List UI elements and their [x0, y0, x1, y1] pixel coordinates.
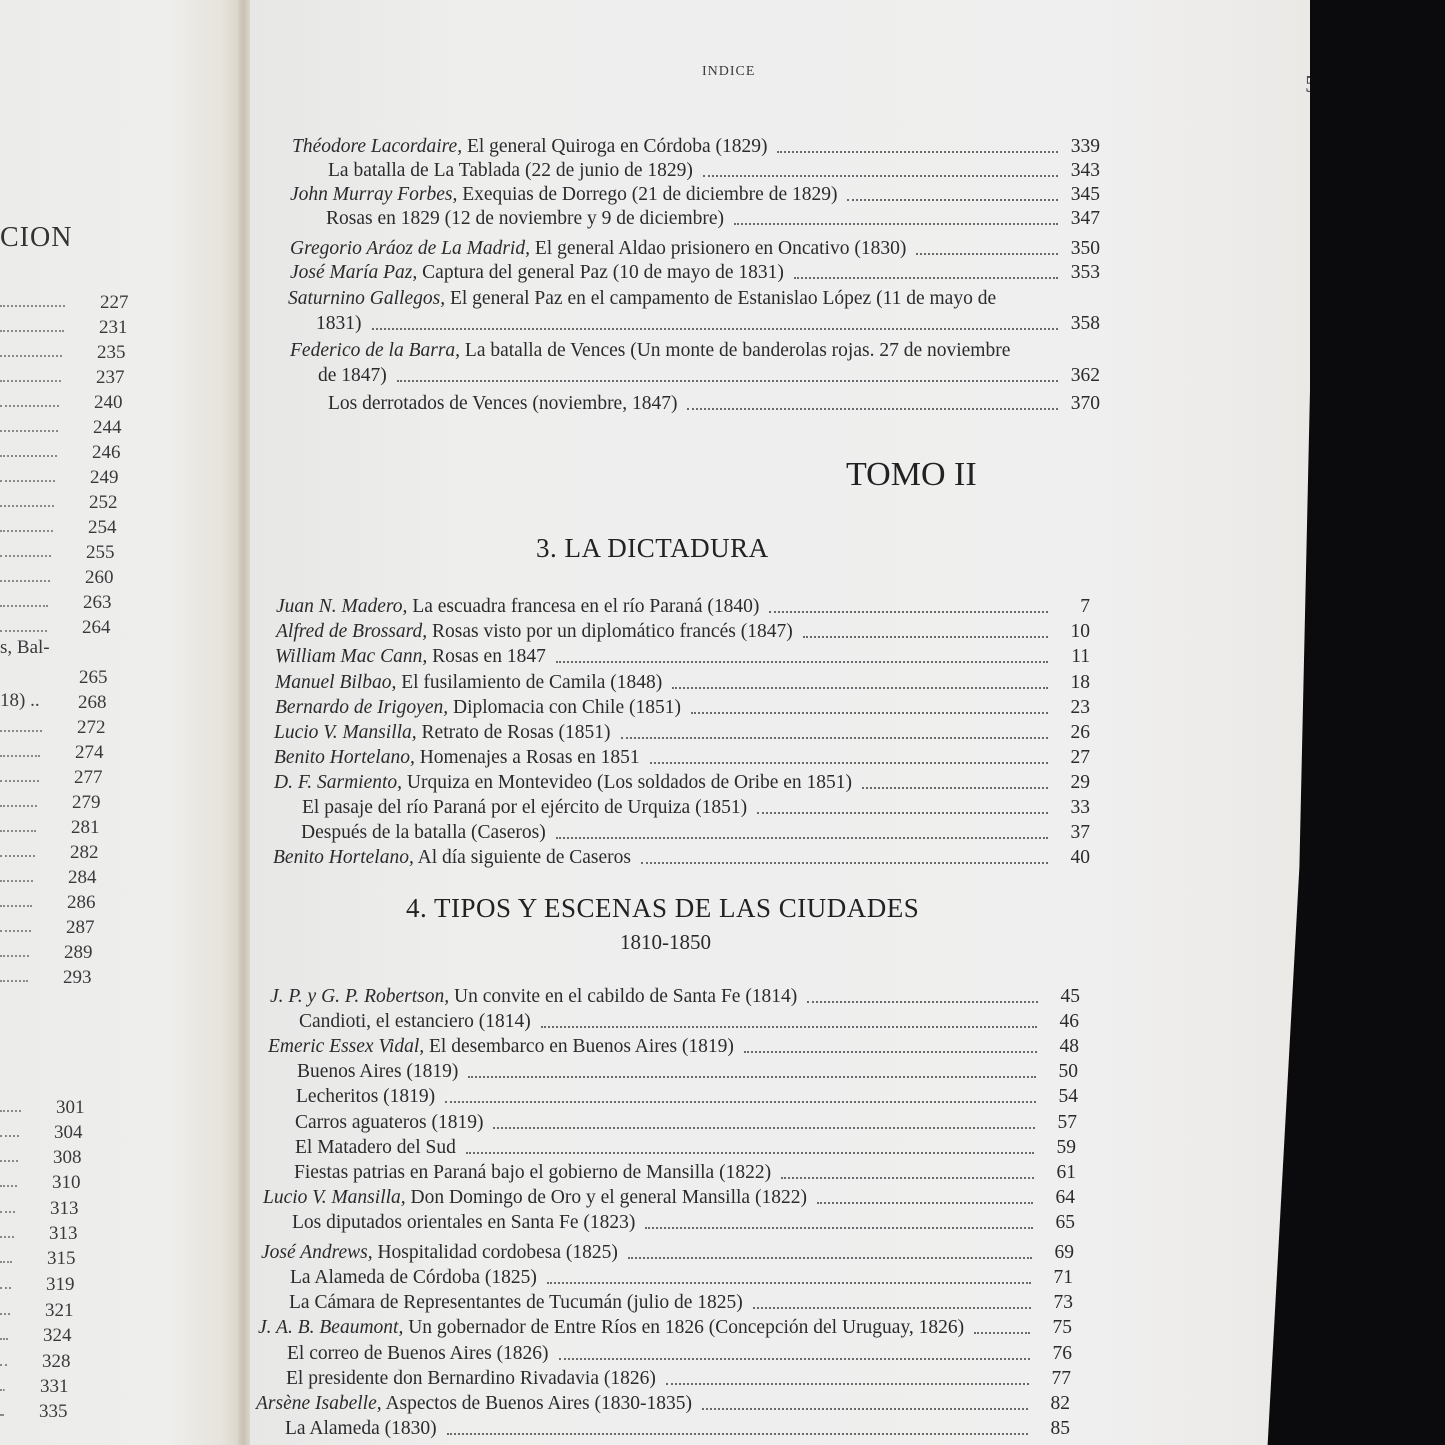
page-ref: 254: [88, 517, 117, 539]
entry-page-ref: 27: [1050, 747, 1090, 769]
page-ref: 264: [82, 617, 111, 639]
dot-leader: [0, 580, 50, 582]
dot-leader: [547, 1282, 1031, 1284]
entry-page-ref: 82: [1030, 1393, 1070, 1415]
entry-page-ref: 76: [1032, 1343, 1072, 1365]
entry-text: Juan N. Madero, La escuadra francesa en …: [276, 596, 759, 618]
entry-text: El correo de Buenos Aires (1826): [287, 1343, 549, 1365]
left-index-row: 252: [0, 492, 124, 516]
left-index-row: 240: [0, 392, 129, 416]
dot-leader: [691, 712, 1048, 714]
entry-title: La Alameda (1830): [285, 1418, 437, 1439]
dot-leader: [556, 837, 1048, 839]
dot-leader: [807, 1001, 1038, 1003]
entry-text: José Andrews, Hospitalidad cordobesa (18…: [261, 1242, 618, 1264]
text-fragment: 18) ..: [0, 690, 40, 712]
left-index-row: 246: [0, 442, 127, 466]
index-entry: José Andrews, Hospitalidad cordobesa (18…: [261, 1242, 1084, 1266]
entry-page-ref: 59: [1036, 1137, 1076, 1159]
dot-leader: [0, 905, 32, 907]
entry-title: La escuadra francesa en el río Paraná (1…: [407, 596, 759, 617]
index-entry: John Murray Forbes, Exequias de Dorrego …: [290, 184, 1110, 208]
entry-author: Manuel Bilbao,: [275, 672, 396, 693]
entry-title: Después de la batalla (Caseros): [301, 822, 546, 843]
entry-page-ref: 23: [1050, 697, 1090, 719]
entry-page-ref: 73: [1033, 1292, 1073, 1314]
left-index-row: 289: [0, 942, 99, 966]
entry-text: Fiestas patrias en Paraná bajo el gobier…: [294, 1162, 771, 1184]
page-ref: 227: [100, 292, 129, 314]
entry-title: El general Quiroga en Córdoba (1829): [462, 136, 767, 157]
dot-leader: [666, 1383, 1029, 1385]
page-ref: 240: [94, 392, 123, 414]
dot-leader: [468, 1076, 1036, 1078]
page-ref: 268: [78, 692, 107, 714]
entry-author: Saturnino Gallegos,: [288, 288, 445, 309]
index-entry: Rosas en 1829 (12 de noviembre y 9 de di…: [298, 208, 1110, 232]
dot-leader: [0, 980, 28, 982]
page-ref: 255: [86, 542, 115, 564]
left-page: CION 22723123523724024424624925225425526…: [0, 0, 242, 1445]
dot-leader: [0, 830, 36, 832]
left-index-row: 282: [0, 842, 105, 866]
page-ref: 231: [99, 317, 128, 339]
page-ref: 289: [64, 942, 93, 964]
left-index-row: 254: [0, 517, 123, 541]
left-index-row: 313: [0, 1198, 85, 1222]
entry-text: John Murray Forbes, Exequias de Dorrego …: [290, 184, 837, 206]
dot-leader: [645, 1227, 1033, 1229]
dot-leader: [0, 355, 62, 357]
index-entry: Benito Hortelano, Al día siguiente de Ca…: [273, 847, 1100, 871]
entry-author: José Andrews,: [261, 1242, 373, 1263]
entry-page-ref: 61: [1036, 1162, 1076, 1184]
entry-text: Después de la batalla (Caseros): [301, 822, 546, 844]
index-entry: Saturnino Gallegos, El general Paz en el…: [288, 288, 1110, 312]
entry-title: El pasaje del río Paraná por el ejército…: [302, 797, 747, 818]
entry-page-ref: 57: [1037, 1112, 1077, 1134]
entry-page-ref: 65: [1035, 1212, 1075, 1234]
dot-leader: [621, 737, 1048, 739]
entry-page-ref: 40: [1050, 847, 1090, 869]
dot-leader: [702, 1408, 1028, 1410]
index-entry: La Alameda (1830)85: [255, 1418, 1080, 1442]
dot-leader: [862, 787, 1048, 789]
left-index-row: 227: [0, 292, 135, 316]
index-entry: Lecheritos (1819)54: [266, 1086, 1088, 1110]
entry-title: El presidente don Bernardino Rivadavia (…: [286, 1368, 656, 1389]
entry-title: Los derrotados de Vences (noviembre, 184…: [328, 393, 677, 414]
dot-leader: [0, 1414, 4, 1416]
left-index-row: 263: [0, 592, 118, 616]
entry-title: Carros aguateros (1819): [295, 1112, 483, 1133]
dot-leader: [0, 630, 47, 632]
entry-title: El correo de Buenos Aires (1826): [287, 1343, 549, 1364]
running-head: INDICE: [702, 64, 755, 80]
entry-title: Diplomacia con Chile (1851): [448, 697, 681, 718]
entry-text: Lucio V. Mansilla, Don Domingo de Oro y …: [263, 1187, 807, 1209]
dot-leader: [0, 305, 65, 307]
dot-leader: [447, 1433, 1028, 1435]
left-index-row: 310: [0, 1172, 87, 1196]
index-entry: Candioti, el estanciero (1814)46: [269, 1011, 1089, 1035]
left-index-row: 279: [0, 792, 107, 816]
index-entry: La batalla de La Tablada (22 de junio de…: [300, 160, 1110, 184]
entry-page-ref: 343: [1060, 160, 1100, 182]
page-ref: 249: [90, 467, 119, 489]
page-ref: 272: [77, 717, 106, 739]
dot-leader: [0, 455, 57, 457]
entry-page-ref: 11: [1050, 646, 1090, 668]
index-entry: El Matadero del Sud59: [265, 1137, 1086, 1161]
left-index-row: 331: [0, 1376, 75, 1400]
entry-title: Captura del general Paz (10 de mayo de 1…: [417, 262, 784, 283]
left-index-row: 235: [0, 342, 132, 366]
entry-page-ref: 353: [1060, 262, 1100, 284]
page-ref: 328: [42, 1351, 71, 1373]
index-entry: Lucio V. Mansilla, Don Domingo de Oro y …: [263, 1187, 1085, 1211]
entry-page-ref: 26: [1050, 722, 1090, 744]
entry-page-ref: 50: [1038, 1061, 1078, 1083]
dot-leader: [0, 405, 59, 407]
entry-page-ref: 358: [1060, 313, 1100, 335]
entry-title: Urquiza en Montevideo (Los soldados de O…: [402, 772, 852, 793]
page-ref: 260: [85, 567, 114, 589]
dot-leader: [974, 1332, 1030, 1334]
dot-leader: [0, 755, 40, 757]
entry-page-ref: 29: [1050, 772, 1090, 794]
left-index-row: 293: [0, 967, 98, 991]
entry-page-ref: 18: [1050, 672, 1090, 694]
dot-leader: [0, 880, 33, 882]
page-ref: 310: [52, 1172, 81, 1194]
page-ref: 284: [68, 867, 97, 889]
dot-leader: [445, 1101, 1036, 1103]
entry-author: J. A. B. Beaumont,: [258, 1317, 403, 1338]
dot-leader: [650, 762, 1048, 764]
dot-leader: [0, 1338, 8, 1340]
dot-leader: [466, 1152, 1034, 1154]
entry-text: Emeric Essex Vidal, El desembarco en Bue…: [268, 1036, 734, 1058]
entry-text: Rosas en 1829 (12 de noviembre y 9 de di…: [326, 208, 724, 230]
entry-continuation: de 1847): [318, 365, 387, 387]
entry-title: Buenos Aires (1819): [297, 1061, 458, 1082]
entry-title: Retrato de Rosas (1851): [417, 722, 611, 743]
index-entry: La Cámara de Representantes de Tucumán (…: [259, 1292, 1083, 1316]
entry-text: Manuel Bilbao, El fusilamiento de Camila…: [275, 672, 662, 694]
dot-leader: [769, 611, 1048, 613]
entry-text: Saturnino Gallegos, El general Paz en el…: [288, 288, 996, 310]
dot-leader: [0, 380, 61, 382]
entry-text: Lecheritos (1819): [296, 1086, 435, 1108]
index-entry: Federico de la Barra, La batalla de Venc…: [290, 340, 1110, 364]
page-ref: 287: [66, 917, 95, 939]
dot-leader: [0, 1389, 5, 1391]
dot-leader: [753, 1307, 1031, 1309]
entry-title: Aspectos de Buenos Aires (1830-1835): [382, 1393, 692, 1414]
page-ref: 335: [39, 1401, 68, 1423]
entry-text: José María Paz, Captura del general Paz …: [290, 262, 784, 284]
entry-author: Bernardo de Irigoyen,: [275, 697, 448, 718]
entry-text: Federico de la Barra, La batalla de Venc…: [290, 340, 1010, 362]
page-ref: 274: [75, 742, 104, 764]
left-index-row: 231: [0, 317, 134, 341]
index-entry: Fiestas patrias en Paraná bajo el gobier…: [264, 1162, 1086, 1186]
volume-heading: TOMO II: [846, 456, 977, 494]
index-entry: Lucio V. Mansilla, Retrato de Rosas (185…: [274, 722, 1100, 746]
index-entry: William Mac Cann, Rosas en 184711: [275, 646, 1100, 670]
entry-page-ref: 69: [1034, 1242, 1074, 1264]
entry-page-ref: 85: [1030, 1418, 1070, 1440]
right-page: INDICE 521 TOMO II 3. LA DICTADURA 4. TI…: [250, 0, 1310, 1445]
dot-leader: [0, 480, 55, 482]
left-index-row: 287: [0, 917, 101, 941]
dot-leader: [757, 812, 1048, 814]
entry-page-ref: 64: [1035, 1187, 1075, 1209]
dot-leader: [0, 430, 58, 432]
dot-leader: [672, 687, 1048, 689]
index-entry: Buenos Aires (1819)50: [267, 1061, 1088, 1085]
section-4-subtitle: 1810-1850: [620, 930, 711, 955]
book-gutter: [238, 0, 252, 1445]
entry-text: La Alameda de Córdoba (1825): [290, 1267, 537, 1289]
left-section-heading-fragment: CION: [0, 222, 72, 254]
entry-text: Buenos Aires (1819): [297, 1061, 458, 1083]
left-index-row: 284: [0, 867, 103, 891]
entry-page-ref: 10: [1050, 621, 1090, 643]
entry-page-ref: 33: [1050, 797, 1090, 819]
entry-text: Benito Hortelano, Homenajes a Rosas en 1…: [274, 747, 640, 769]
dot-leader: [777, 151, 1058, 153]
index-entry-continuation: 1831)358: [288, 313, 1110, 337]
dot-leader: [0, 530, 53, 532]
dot-leader: [0, 1110, 21, 1112]
section-4-title: 4. TIPOS Y ESCENAS DE LAS CIUDADES: [406, 893, 919, 924]
dot-leader: [0, 730, 42, 732]
left-index-row: 277: [0, 767, 109, 791]
page-ref: 246: [92, 442, 121, 464]
page-ref: 308: [53, 1147, 82, 1169]
dot-leader: [0, 1261, 12, 1263]
page-ref: 282: [70, 842, 99, 864]
index-entry: El correo de Buenos Aires (1826)76: [257, 1343, 1082, 1367]
index-entry: Alfred de Brossard, Rosas visto por un d…: [276, 621, 1100, 645]
entry-title: El fusilamiento de Camila (1848): [396, 672, 662, 693]
page-ref: 301: [56, 1097, 85, 1119]
dot-leader: [0, 1211, 15, 1213]
dot-leader: [493, 1127, 1035, 1129]
page-ref: 304: [54, 1122, 83, 1144]
dot-leader: [0, 955, 29, 957]
entry-text: Arsène Isabelle, Aspectos de Buenos Aire…: [256, 1393, 692, 1415]
index-entry: Manuel Bilbao, El fusilamiento de Camila…: [275, 672, 1100, 696]
left-index-row: 274: [0, 742, 110, 766]
left-index-row: 260: [0, 567, 120, 591]
entry-author: Federico de la Barra,: [290, 340, 460, 361]
entry-title: El general Paz en el campamento de Estan…: [445, 288, 996, 309]
index-entry: Juan N. Madero, La escuadra francesa en …: [276, 596, 1100, 620]
entry-text: Los derrotados de Vences (noviembre, 184…: [328, 393, 677, 415]
dot-leader: [397, 380, 1058, 382]
entry-title: El desembarco en Buenos Aires (1819): [424, 1036, 734, 1057]
entry-text: Alfred de Brossard, Rosas visto por un d…: [276, 621, 793, 643]
dot-leader: [0, 1185, 17, 1187]
entry-text: Candioti, el estanciero (1814): [299, 1011, 531, 1033]
entry-title: Exequias de Dorrego (21 de diciembre de …: [457, 184, 837, 205]
index-entry-continuation: de 1847)362: [290, 365, 1110, 389]
entry-title: Los diputados orientales en Santa Fe (18…: [292, 1212, 635, 1233]
entry-author: William Mac Cann,: [275, 646, 427, 667]
index-entry: Benito Hortelano, Homenajes a Rosas en 1…: [274, 747, 1100, 771]
index-entry: J. A. B. Beaumont, Un gobernador de Entr…: [258, 1317, 1082, 1341]
entry-author: Gregorio Aráoz de La Madrid,: [290, 238, 530, 259]
dot-leader: [0, 805, 37, 807]
dot-leader: [556, 661, 1048, 663]
page-ref: 319: [46, 1274, 75, 1296]
entry-text: La Cámara de Representantes de Tucumán (…: [289, 1292, 743, 1314]
entry-page-ref: 339: [1060, 136, 1100, 158]
left-index-row: 244: [0, 417, 128, 441]
entry-title: Un gobernador de Entre Ríos en 1826 (Con…: [403, 1317, 964, 1338]
entry-text: William Mac Cann, Rosas en 1847: [275, 646, 546, 668]
left-index-row: 301: [0, 1097, 91, 1121]
index-entry: Emeric Essex Vidal, El desembarco en Bue…: [268, 1036, 1089, 1060]
dot-leader: [0, 1236, 14, 1238]
entry-page-ref: 48: [1039, 1036, 1079, 1058]
entry-title: La batalla de La Tablada (22 de junio de…: [328, 160, 693, 181]
entry-title: El Matadero del Sud: [295, 1137, 456, 1158]
dot-leader: [703, 175, 1058, 177]
entry-text: La batalla de La Tablada (22 de junio de…: [328, 160, 693, 182]
dot-leader: [0, 1364, 7, 1366]
dot-leader: [0, 1135, 19, 1137]
entry-title: Don Domingo de Oro y el general Mansilla…: [406, 1187, 807, 1208]
index-entry: Carros aguateros (1819)57: [265, 1112, 1087, 1136]
entry-title: La batalla de Vences (Un monte de bander…: [460, 340, 1010, 361]
page-ref: 279: [72, 792, 101, 814]
left-index-row: 272: [0, 717, 112, 741]
index-entry: Arsène Isabelle, Aspectos de Buenos Aire…: [256, 1393, 1080, 1417]
dot-leader: [0, 555, 51, 557]
entry-title: El general Aldao prisionero en Oncativo …: [530, 238, 906, 259]
entry-author: Théodore Lacordaire,: [292, 136, 462, 157]
entry-text: D. F. Sarmiento, Urquiza en Montevideo (…: [274, 772, 852, 794]
left-index-row: 255: [0, 542, 121, 566]
entry-page-ref: 362: [1060, 365, 1100, 387]
entry-title: Un convite en el cabildo de Santa Fe (18…: [449, 986, 797, 1007]
entry-page-ref: 45: [1040, 986, 1080, 1008]
index-entry: Bernardo de Irigoyen, Diplomacia con Chi…: [275, 697, 1100, 721]
index-entry: José María Paz, Captura del general Paz …: [290, 262, 1110, 286]
entry-title: Lecheritos (1819): [296, 1086, 435, 1107]
dot-leader: [0, 1313, 10, 1315]
entry-author: John Murray Forbes,: [290, 184, 457, 205]
entry-text: El presidente don Bernardino Rivadavia (…: [286, 1368, 656, 1390]
entry-text: Benito Hortelano, Al día siguiente de Ca…: [273, 847, 631, 869]
entry-page-ref: 350: [1060, 238, 1100, 260]
dot-leader: [541, 1026, 1037, 1028]
entry-title: Rosas visto por un diplomático francés (…: [427, 621, 793, 642]
entry-text: Carros aguateros (1819): [295, 1112, 483, 1134]
dot-leader: [817, 1202, 1033, 1204]
entry-page-ref: 347: [1060, 208, 1100, 230]
index-entry: Los derrotados de Vences (noviembre, 184…: [300, 393, 1110, 417]
left-index-row: 328: [0, 1351, 77, 1375]
page-ref: 313: [49, 1223, 78, 1245]
page-ref: 293: [63, 967, 92, 989]
page-number: 521: [1305, 72, 1341, 99]
left-index-row: 249: [0, 467, 125, 491]
left-index-row: 265: [0, 667, 114, 691]
dot-leader: [0, 1287, 11, 1289]
entry-page-ref: 37: [1050, 822, 1090, 844]
page-ref: 315: [47, 1248, 76, 1270]
entry-author: Benito Hortelano,: [274, 747, 415, 768]
entry-page-ref: 71: [1033, 1267, 1073, 1289]
dot-leader: [641, 862, 1048, 864]
entry-author: Lucio V. Mansilla,: [263, 1187, 406, 1208]
dot-leader: [781, 1177, 1034, 1179]
entry-title: La Cámara de Representantes de Tucumán (…: [289, 1292, 743, 1313]
dot-leader: [0, 930, 31, 932]
entry-page-ref: 77: [1031, 1368, 1071, 1390]
text-fragment: s, Bal-: [0, 637, 50, 659]
index-entry: El presidente don Bernardino Rivadavia (…: [256, 1368, 1081, 1392]
dot-leader: [559, 1358, 1030, 1360]
left-index-row: 313: [0, 1223, 84, 1247]
entry-continuation: 1831): [316, 313, 362, 335]
page-ref: 324: [43, 1325, 72, 1347]
entry-author: Arsène Isabelle,: [256, 1393, 382, 1414]
entry-page-ref: 7: [1050, 596, 1090, 618]
dot-leader: [372, 328, 1058, 330]
left-index-row: 315: [0, 1248, 82, 1272]
dot-leader: [803, 636, 1048, 638]
page-ref: 286: [67, 892, 96, 914]
entry-title: Rosas en 1829 (12 de noviembre y 9 de di…: [326, 208, 724, 229]
entry-author: D. F. Sarmiento,: [274, 772, 402, 793]
left-index-row: 319: [0, 1274, 81, 1298]
left-index-row: 286: [0, 892, 102, 916]
dot-leader: [744, 1051, 1037, 1053]
index-entry: Théodore Lacordaire, El general Quiroga …: [292, 136, 1110, 160]
dot-leader: [847, 199, 1058, 201]
entry-author: Benito Hortelano,: [273, 847, 414, 868]
entry-title: Al día siguiente de Caseros: [414, 847, 631, 868]
index-entry: Gregorio Aráoz de La Madrid, El general …: [290, 238, 1110, 262]
entry-author: J. P. y G. P. Robertson,: [270, 986, 449, 1007]
dot-leader: [687, 408, 1058, 410]
entry-title: La Alameda de Córdoba (1825): [290, 1267, 537, 1288]
page-ref: 321: [45, 1300, 74, 1322]
dot-leader: [0, 1160, 18, 1162]
page-ref: 265: [79, 667, 108, 689]
entry-title: Homenajes a Rosas en 1851: [415, 747, 640, 768]
entry-text: Bernardo de Irigoyen, Diplomacia con Chi…: [275, 697, 681, 719]
dot-leader: [794, 277, 1058, 279]
entry-text: Los diputados orientales en Santa Fe (18…: [292, 1212, 635, 1234]
entry-text: La Alameda (1830): [285, 1418, 437, 1440]
left-index-row: 335: [0, 1401, 74, 1425]
page-ref: 237: [96, 367, 125, 389]
entry-title: Fiestas patrias en Paraná bajo el gobier…: [294, 1162, 771, 1183]
entry-page-ref: 370: [1060, 393, 1100, 415]
dot-leader: [734, 223, 1058, 225]
index-entry: Después de la batalla (Caseros)37: [273, 822, 1100, 846]
entry-text: Gregorio Aráoz de La Madrid, El general …: [290, 238, 906, 260]
entry-page-ref: 54: [1038, 1086, 1078, 1108]
entry-text: El Matadero del Sud: [295, 1137, 456, 1159]
